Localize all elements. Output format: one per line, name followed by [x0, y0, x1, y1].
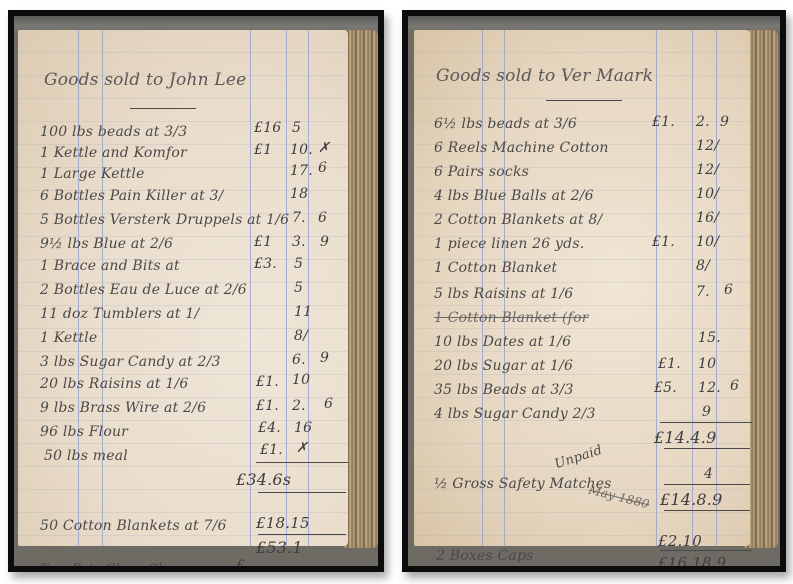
sum-line [258, 492, 346, 493]
entry-item: 1 Kettle and Komfor [40, 145, 187, 161]
entry-shillings: 5 [292, 120, 301, 136]
entry-shillings: 3. [292, 234, 306, 250]
entry-item: 5 Bottles Versterk Druppels at 1/6 [40, 212, 289, 228]
entry-shillings: 12/ [696, 138, 719, 154]
entry-shillings: 17. [290, 163, 313, 179]
column-rule [692, 30, 693, 546]
entry-item: 4 lbs Blue Balls at 2/6 [434, 188, 594, 204]
unpaid-annotation: Unpaid [553, 443, 604, 472]
total: £53.1 [256, 538, 303, 557]
entry-pence: 6 [324, 396, 333, 412]
entry-shillings: 9 [702, 404, 711, 420]
entry-shillings: 16 [294, 420, 312, 436]
entry-item: 50 lbs meal [44, 448, 128, 464]
entry-item: 2 Bottles Eau de Luce at 2/6 [40, 282, 247, 298]
entry-item: 50 Cotton Blankets at 7/6 [40, 518, 227, 534]
entry-item: 11 doz Tumblers at 1/ [40, 306, 199, 322]
entry-item: 6 Pairs socks [434, 164, 529, 180]
entry-shillings: 18 [290, 186, 308, 202]
sum-line [258, 534, 346, 535]
entry-item: 9½ lbs Blue at 2/6 [40, 236, 173, 252]
entry-item: 1 Cotton Blanket [434, 260, 557, 276]
title-underline [546, 100, 622, 101]
entry-shillings: 10 [698, 356, 716, 372]
entry-pence: 6 [318, 160, 327, 176]
column-rule [308, 30, 309, 546]
entry-pence: 9 [320, 350, 329, 366]
entry-pounds: £1. [256, 374, 279, 390]
entry-item: 1 Kettle [40, 330, 97, 346]
entry-shillings: 12. [698, 380, 721, 396]
column-rule [716, 30, 717, 546]
sum-line [256, 462, 348, 463]
ledger-page-right: Goods sold to Ver Maark 6½ lbs beads at … [414, 30, 750, 546]
entry-shillings: 7. [696, 284, 710, 300]
entry-item: 1 Brace and Bits at [40, 258, 180, 274]
entry-item: 96 lbs Flour [40, 424, 128, 440]
left-ledger-photo: Goods sold to John Lee 100 lbs beads at … [14, 16, 378, 566]
subtotal: £34.6s [236, 470, 291, 489]
entry-item: 6½ lbs beads at 3/6 [434, 116, 577, 132]
entry-item: 4 lbs Sugar Candy 2/3 [434, 406, 596, 422]
entry-amount: £18.15 [256, 514, 310, 532]
entry-item: 10 lbs Dates at 1/6 [434, 334, 571, 350]
entry-shillings: 4 [704, 466, 713, 482]
entry-item: 3 lbs Sugar Candy at 2/3 [40, 354, 221, 370]
entry-shillings: 15. [698, 330, 721, 346]
struck-entry: 1 Cotton Blanket (for [434, 310, 589, 326]
column-rule [656, 30, 657, 546]
entry-shillings: 10 [292, 372, 310, 388]
entry-shillings: 11 [294, 304, 312, 320]
struck-amount: 1.5 [280, 560, 303, 566]
entry-pence: 9 [720, 114, 729, 130]
entry-shillings: 5 [294, 256, 303, 272]
entry-pounds: £1. [256, 398, 279, 414]
entry-item: 1 piece linen 26 yds. [434, 236, 584, 252]
entry-shillings: 2. [696, 114, 710, 130]
entry-item: 1 Large Kettle [40, 166, 145, 182]
column-rule [250, 30, 251, 546]
entry-pounds: £5. [654, 380, 677, 396]
subtotal-2: £14.8.9 [660, 490, 722, 509]
column-rule [286, 30, 287, 546]
struck-date-note: May 1880 [587, 483, 651, 512]
entry-shillings: 12/ [696, 162, 719, 178]
entry-shillings: 6. [292, 352, 306, 368]
entry-shillings: 10. [290, 142, 313, 158]
sum-line [660, 550, 752, 551]
entry-item: ½ Gross Safety Matches [434, 476, 612, 492]
entry-item: 2 Cotton Blankets at 8/ [434, 212, 602, 228]
entry-item: 35 lbs Beads at 3/3 [434, 382, 574, 398]
entry-shillings: 16/ [696, 210, 719, 226]
entry-pence: 6 [318, 210, 327, 226]
left-photo-frame: Goods sold to John Lee 100 lbs beads at … [8, 10, 384, 572]
sum-line [660, 422, 752, 423]
book-page-edges [344, 30, 378, 548]
page-title: Goods sold to Ver Maark [436, 66, 653, 86]
ledger-page-left: Goods sold to John Lee 100 lbs beads at … [18, 30, 348, 546]
entry-item: 20 lbs Raisins at 1/6 [40, 376, 189, 392]
entry-pounds: £1. [652, 234, 675, 250]
entry-item: 9 lbs Brass Wire at 2/6 [40, 400, 206, 416]
entry-pounds: £1 [254, 142, 272, 158]
page-title: Goods sold to John Lee [44, 70, 246, 90]
entry-shillings: 10/ [696, 234, 719, 250]
entry-pounds: £1. [652, 114, 675, 130]
entry-item: 20 lbs Sugar at 1/6 [434, 358, 573, 374]
entry-pence: 9 [320, 234, 329, 250]
sum-line [664, 484, 750, 485]
entry-item: 5 lbs Raisins at 1/6 [434, 286, 573, 302]
entry-item: 6 Reels Machine Cotton [434, 140, 609, 156]
entry-pounds: £1. [260, 442, 283, 458]
entry-pence: 6 [724, 282, 733, 298]
entry-pence: ✗ [318, 140, 330, 156]
entry-amount: £2.10 [658, 532, 702, 550]
right-photo-frame: Goods sold to Ver Maark 6½ lbs beads at … [402, 10, 786, 572]
entry-shillings: 7. [292, 210, 306, 226]
entry-shillings: 10/ [696, 186, 719, 202]
entry-item: 2 Boxes Caps [436, 548, 534, 564]
entry-pounds: £16 [254, 120, 281, 136]
entry-pounds: £ [236, 558, 245, 566]
title-underline [130, 108, 196, 109]
total: £16.18.9 [658, 554, 726, 566]
entry-pounds: £1. [658, 356, 681, 372]
subtotal: £14.4.9 [654, 428, 716, 447]
entry-shillings: 8/ [294, 328, 308, 344]
sum-line [664, 448, 750, 449]
entry-pounds: £3. [254, 256, 277, 272]
entry-item: 6 Bottles Pain Killer at 3/ [40, 188, 224, 204]
sum-line [664, 510, 750, 511]
entry-shillings: ✗ [296, 440, 308, 456]
entry-pounds: £1 [254, 234, 272, 250]
entry-pounds: £4. [258, 420, 281, 436]
entry-shillings: 2. [292, 398, 306, 414]
entry-shillings: 8/ [696, 258, 710, 274]
entry-shillings: 5 [294, 280, 303, 296]
entry-item: 100 lbs beads at 3/3 [40, 124, 187, 140]
right-ledger-photo: Goods sold to Ver Maark 6½ lbs beads at … [408, 16, 780, 566]
entry-item: Two Pots Chow Chow. [40, 562, 188, 566]
entry-pence: 6 [730, 378, 739, 394]
